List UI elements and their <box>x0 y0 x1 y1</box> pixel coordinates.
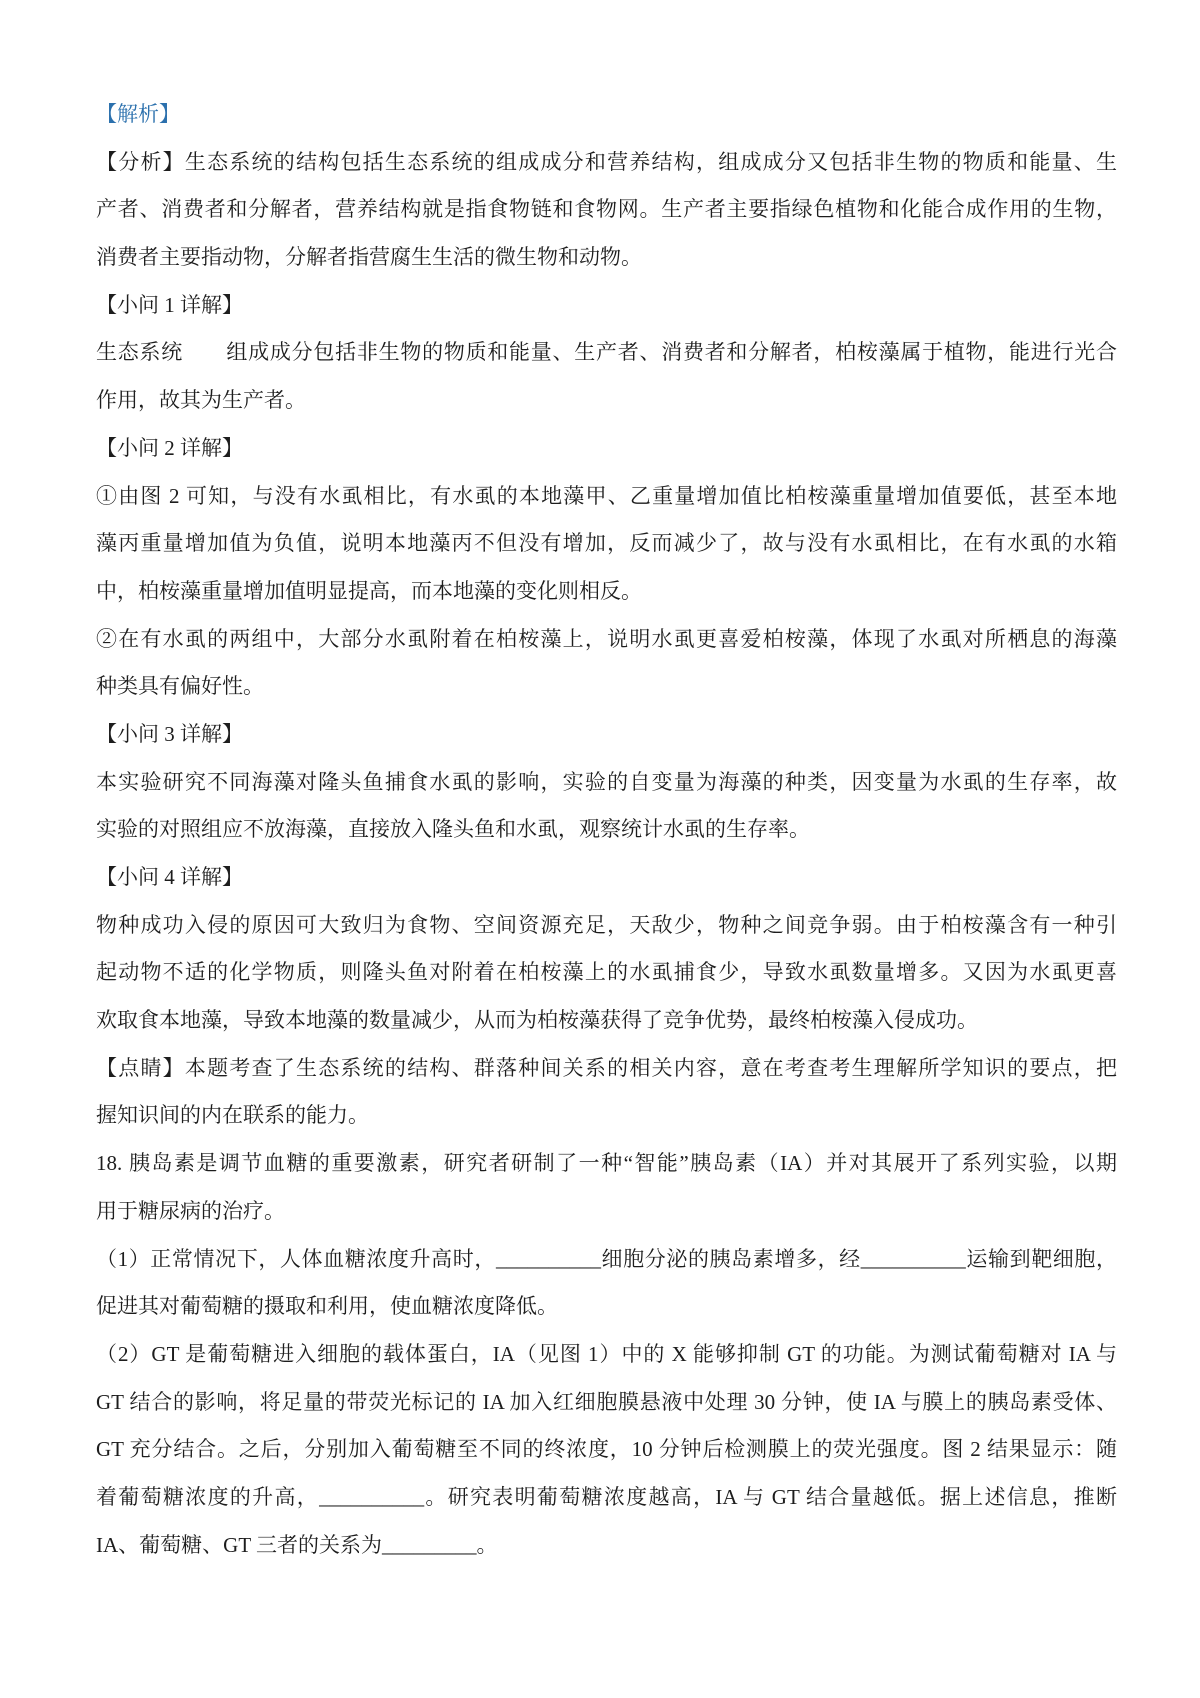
text-line: 实验的对照组应不放海藻，直接放入隆头鱼和水虱，观察统计水虱的生存率。 <box>96 806 1117 854</box>
text-line: 促进其对葡萄糖的摄取和利用，使血糖浓度降低。 <box>96 1283 1117 1331</box>
document-page: 【解析】【分析】生态系统的结构包括生态系统的组成成分和营养结构，组成成分又包括非… <box>0 0 1200 1698</box>
text-line: 作用，故其为生产者。 <box>96 377 1117 425</box>
text-line: 生态系统 组成成分包括非生物的物质和能量、生产者、消费者和分解者，柏桉藻属于植物… <box>96 329 1117 377</box>
text-line: 18. 胰岛素是调节血糖的重要激素，研究者研制了一种“智能”胰岛素（IA）并对其… <box>96 1140 1117 1188</box>
text-line: 【小问 3 详解】 <box>96 711 1117 759</box>
text-line: 欢取食本地藻，导致本地藻的数量减少，从而为柏桉藻获得了竞争优势，最终柏桉藻入侵成… <box>96 997 1117 1045</box>
text-line: ②在有水虱的两组中，大部分水虱附着在柏桉藻上，说明水虱更喜爱柏桉藻，体现了水虱对… <box>96 616 1117 664</box>
text-line: 消费者主要指动物，分解者指营腐生生活的微生物和动物。 <box>96 234 1117 282</box>
text-line: 中，柏桉藻重量增加值明显提高，而本地藻的变化则相反。 <box>96 568 1117 616</box>
text-line: 【小问 2 详解】 <box>96 425 1117 473</box>
text-line: 【小问 4 详解】 <box>96 854 1117 902</box>
text-line: 用于糖尿病的治疗。 <box>96 1188 1117 1236</box>
text-line: 本实验研究不同海藻对隆头鱼捕食水虱的影响，实验的自变量为海藻的种类，因变量为水虱… <box>96 759 1117 807</box>
text-line: 藻丙重量增加值为负值，说明本地藻丙不但没有增加，反而减少了，故与没有水虱相比，在… <box>96 520 1117 568</box>
text-line: 握知识间的内在联系的能力。 <box>96 1092 1117 1140</box>
text-line: （1）正常情况下，人体血糖浓度升高时，__________细胞分泌的胰岛素增多，… <box>96 1236 1117 1284</box>
text-line: GT 充分结合。之后，分别加入葡萄糖至不同的终浓度，10 分钟后检测膜上的荧光强… <box>96 1426 1117 1474</box>
text-line: 种类具有偏好性。 <box>96 663 1117 711</box>
text-line: IA、葡萄糖、GT 三者的关系为_________。 <box>96 1522 1117 1570</box>
text-line: ①由图 2 可知，与没有水虱相比，有水虱的本地藻甲、乙重量增加值比柏桉藻重量增加… <box>96 473 1117 521</box>
text-line: 物种成功入侵的原因可大致归为食物、空间资源充足，天敌少，物种之间竞争弱。由于柏桉… <box>96 902 1117 950</box>
text-line: GT 结合的影响，将足量的带荧光标记的 IA 加入红细胞膜悬液中处理 30 分钟… <box>96 1379 1117 1427</box>
section-header-line: 【解析】 <box>96 91 1117 139</box>
text-line: 产者、消费者和分解者，营养结构就是指食物链和食物网。生产者主要指绿色植物和化能合… <box>96 186 1117 234</box>
text-line: 着葡萄糖浓度的升高，__________。研究表明葡萄糖浓度越高，IA 与 GT… <box>96 1474 1117 1522</box>
text-block: 【解析】【分析】生态系统的结构包括生态系统的组成成分和营养结构，组成成分又包括非… <box>96 91 1117 1569</box>
text-line: 起动物不适的化学物质，则隆头鱼对附着在柏桉藻上的水虱捕食少，导致水虱数量增多。又… <box>96 949 1117 997</box>
text-line: （2）GT 是葡萄糖进入细胞的载体蛋白，IA（见图 1）中的 X 能够抑制 GT… <box>96 1331 1117 1379</box>
text-line: 【点睛】本题考查了生态系统的结构、群落种间关系的相关内容，意在考查考生理解所学知… <box>96 1045 1117 1093</box>
text-line: 【小问 1 详解】 <box>96 282 1117 330</box>
text-line: 【分析】生态系统的结构包括生态系统的组成成分和营养结构，组成成分又包括非生物的物… <box>96 139 1117 187</box>
